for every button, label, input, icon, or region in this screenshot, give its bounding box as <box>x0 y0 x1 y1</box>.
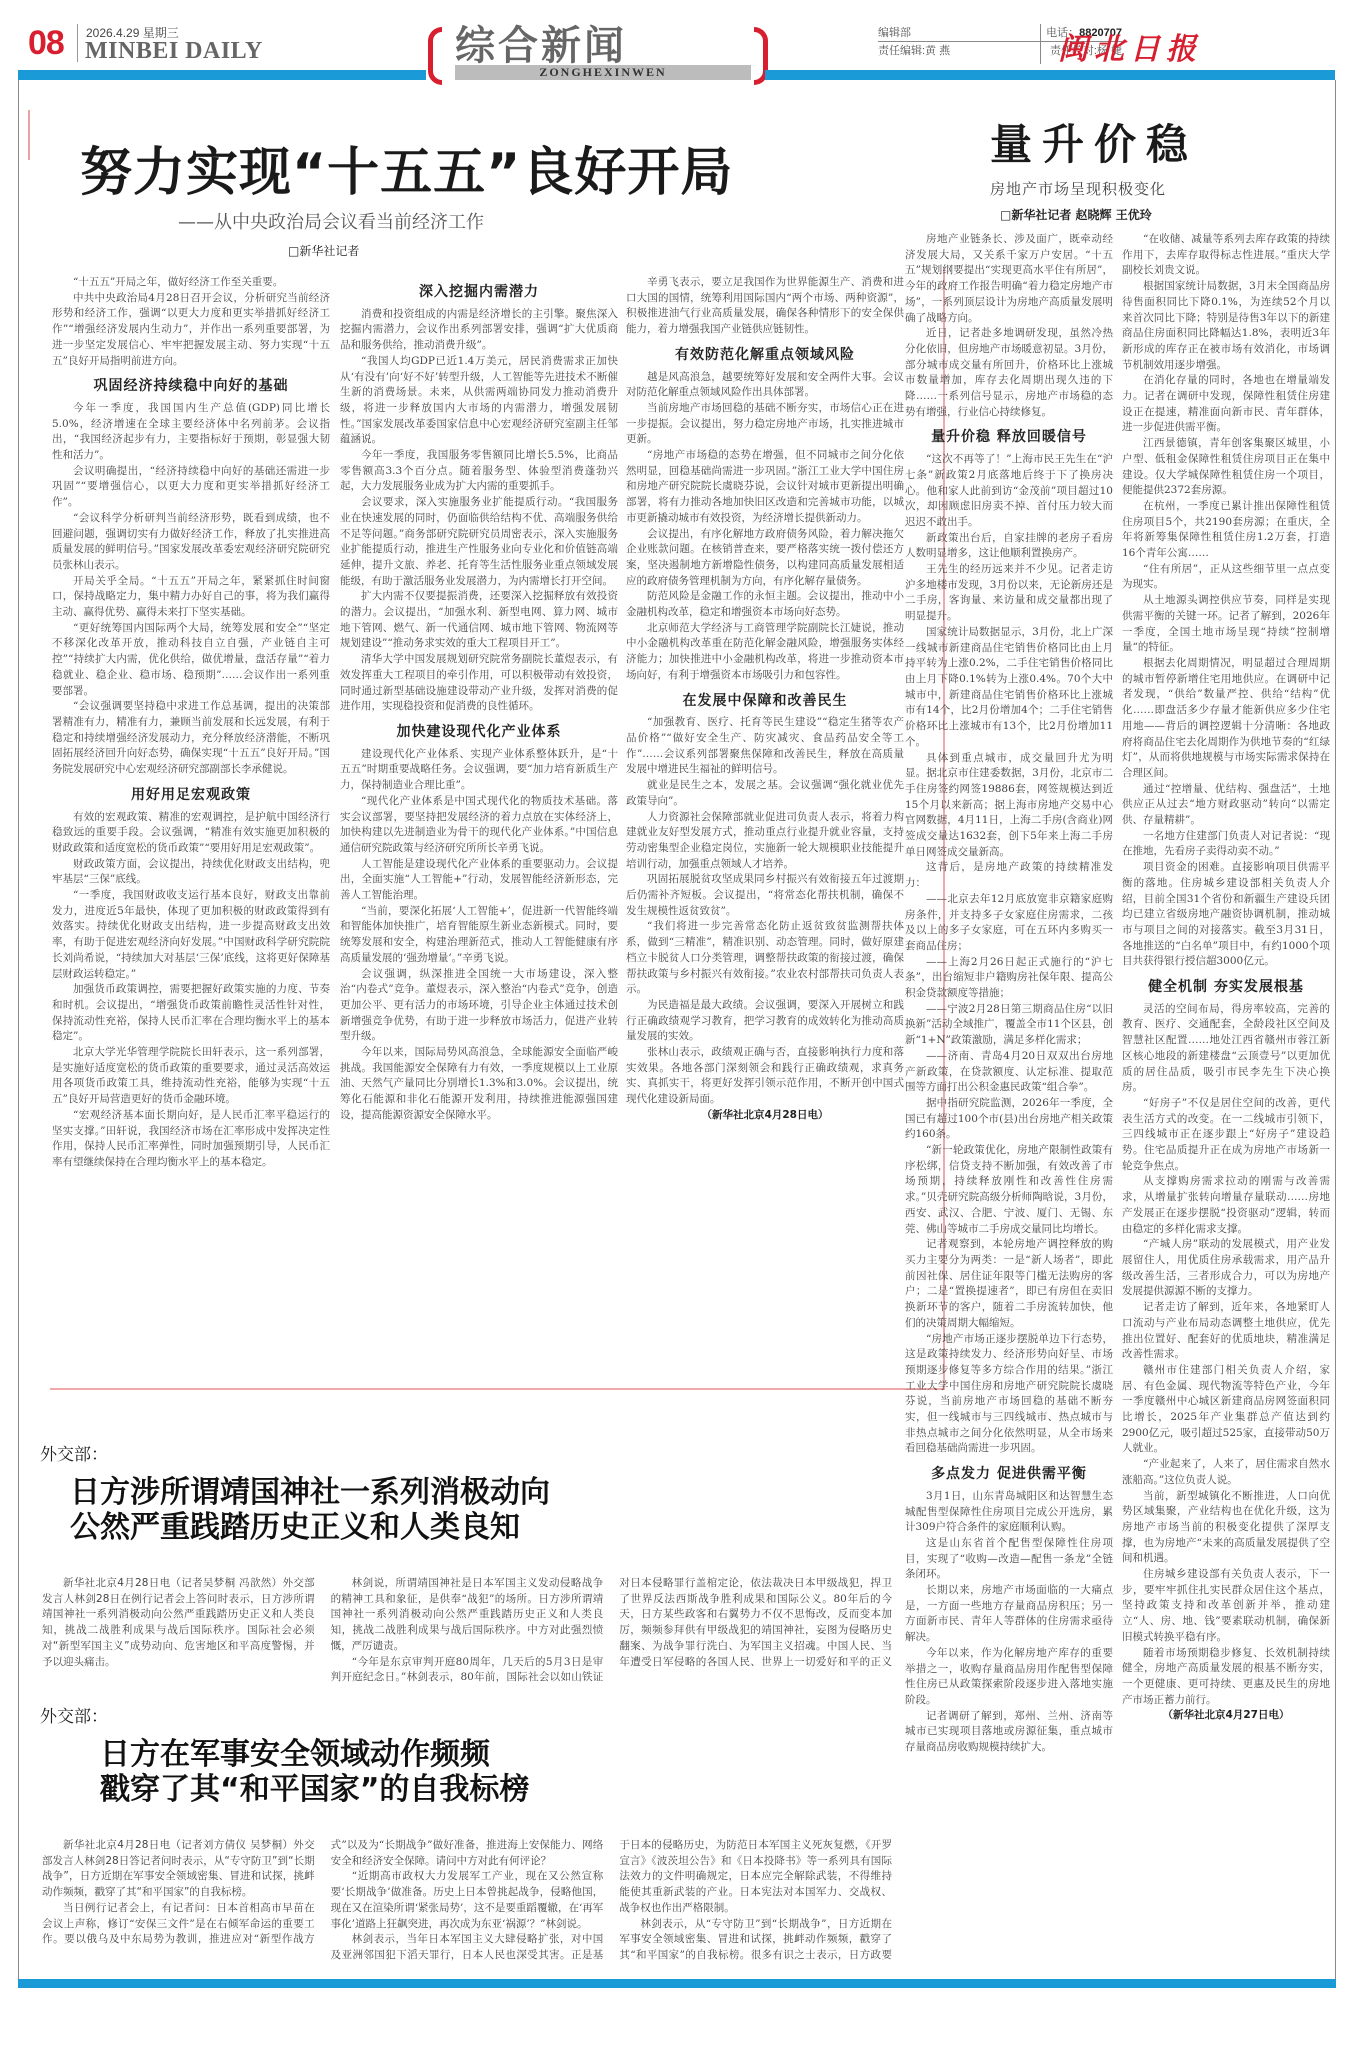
paragraph: 会议强调，纵深推进全国统一大市场建设，深入整治“内卷式”竞争。董煜表示，深入整治… <box>340 967 618 1046</box>
paragraph: 张林山表示，政绩观正确与否，直接影响执行力度和落实效果。各地各部门深刻领会和践行… <box>626 1045 904 1108</box>
paragraph: “十五五”开局之年，做好经济工作至关重要。 <box>52 275 330 291</box>
paragraph: 当前，新型城镇化不断推进，人口向优势区域集聚，产业结构也在优化升级，这为房地产市… <box>1122 1489 1330 1568</box>
headline-line: 戳穿了其“和平国家”的自我标榜 <box>100 1773 529 1808</box>
lead-column-1: “十五五”开局之年，做好经济工作至关重要。 中共中央政治局4月28日召开会议，分… <box>52 275 330 1385</box>
paragraph: 中共中央政治局4月28日召开会议，分析研究当前经济形势和经济工作，强调“以更大力… <box>52 291 330 370</box>
paragraph: 这是山东省首个配售型保障性住房项目，实现了“收购—改造—配售一条龙”全链条闭环。 <box>905 1536 1113 1583</box>
paragraph: 从支撑购房需求拉动的刚需与改善需求，从增量扩张转向增量存量联动……房地产发展正在… <box>1122 1174 1330 1237</box>
section-title-en: ZONGHEXINWEN <box>455 65 751 80</box>
section-heading: 多点发力 促进供需平衡 <box>905 1467 1113 1483</box>
paragraph: 王先生的经历远来并不少见。记者走访沪多地楼市发现，3月份以来，无论新房还是二手房… <box>905 562 1113 625</box>
headline-line: 公然严重践踏历史正义和人类良知 <box>70 1511 550 1546</box>
paragraph: “会议强调要坚持稳中求进工作总基调，提出的决策部署精准有力，精准有力，兼顾当前发… <box>52 699 330 778</box>
paragraph: 通过“控增量、优结构、强盘活”，土地供应正从过去“地方财政驱动”转向“以需定供、… <box>1122 782 1330 829</box>
yasukuni-kicker: 外交部： <box>40 1440 108 1465</box>
paragraph: 在杭州，一季度已累计推出保障性租赁住房项目5个，共2190套房源；在重庆，全年将… <box>1122 499 1330 562</box>
headline-line: 日方涉所谓靖国神社一系列消极动向 <box>70 1476 550 1511</box>
paragraph: 财政政策方面，会议提出，持续优化财政支出结构，兜牢基层“三保”底线。 <box>52 857 330 888</box>
paragraph: 赣州市住建部门相关负责人介绍，家居、有色金属、现代物流等特色产业，今年一季度赣州… <box>1122 1363 1330 1457</box>
masthead-bar-left <box>18 70 426 80</box>
paragraph: “房地产市场正逐步摆脱单边下行态势，这是政策持续发力、经济形势向好呈、市场预期逐… <box>905 1332 1113 1458</box>
lead-column-2: 深入挖掘内需潜力 消费和投资组成的内需是经济增长的主引擎。聚焦深入挖掘内需潜力，… <box>340 275 618 1385</box>
paragraph: 防范风险是金融工作的永恒主题。会议提出，推动中小金融机构改革，稳定和增强资本市场… <box>626 589 904 620</box>
headline-line: 日方在军事安全领域动作频频 <box>100 1738 529 1773</box>
paragraph: “加强教育、医疗、托育等民生建设”“稳定生猪等农产品价格”“做好安全生产、防灾减… <box>626 715 904 778</box>
paragraph: ——北京去年12月底放宽非京籍家庭购房条件，并支持多子女家庭住房需求，二孩及以上… <box>905 892 1113 955</box>
paragraph: “我国人均GDP已近1.4万美元，居民消费需求正加快从‘有没有’向‘好不好’转型… <box>340 354 618 448</box>
paragraph: 会议提出，有序化解地方政府债务风险，着力解决拖欠企业账款问题。在核销普查来，要严… <box>626 527 904 590</box>
section-heading: 健全机制 夯实发展根基 <box>1122 980 1330 996</box>
paragraph: 巩固拓展脱贫攻坚成果同乡村振兴有效衔接五年过渡期后仍需补齐短板。会议提出，“将常… <box>626 872 904 919</box>
paragraph: 住房城乡建设部有关负责人表示，下一步，要牢牢抓住扎实民群众居住这个基点，坚持政策… <box>1122 1567 1330 1646</box>
paragraph: 长期以来，房地产市场面临的一大痛点是，一方面一些地方存量商品房积压；另一方面新市… <box>905 1583 1113 1646</box>
paragraph: 会议明确提出，“经济持续稳中向好的基础还需进一步巩固”“要增强信心，以更大力度和… <box>52 464 330 511</box>
paragraph: “会议科学分析研判当前经济形势，既看到成绩，也不回避问题，强调切实有力做好经济工… <box>52 511 330 574</box>
section-title: 综合新闻 <box>455 14 755 71</box>
paragraph: ——宁波2月28日第三期商品住房“以旧换新”活动全域推广，覆盖全市11个区县，创… <box>905 1002 1113 1049</box>
paragraph: “宏观经济基本面长期向好，是人民币汇率平稳运行的坚实支撑。”田轩说，我国经济市场… <box>52 1108 330 1171</box>
section-bracket-left <box>428 27 442 85</box>
paragraph: 根据去化周期情况，明显超过合理周期的城市暂停新增住宅用地供应。在调研中记者发现，… <box>1122 656 1330 782</box>
paragraph: 消费和投资组成的内需是经济增长的主引擎。聚焦深入挖掘内需潜力，会议作出系列部署安… <box>340 307 618 354</box>
section-heading: 加快建设现代化产业体系 <box>340 725 618 741</box>
paragraph: 新华社北京4月28日电（记者刘方倩仪 吴梦桐）外交部发言人林剑28日答记者问时表… <box>42 1838 315 1901</box>
paragraph: 辛勇飞表示，要立足我国作为世界能源生产、消费和进口大国的国情，统筹利用国际国内“… <box>626 275 904 338</box>
masthead-divider <box>77 24 78 62</box>
paragraph: 近日，记者赴多地调研发现，虽然冷热分化依旧，但房地产市场暖意初显。3月份，部分城… <box>905 326 1113 420</box>
paragraph: ——济南、青岛4月20日双双出台房地产新政策，在贷款额度、认定标准、提取范围等方… <box>905 1049 1113 1096</box>
dateline: （新华社北京4月28日电） <box>626 1108 904 1124</box>
paragraph: 新政策出台后，自家挂牌的老房子看房人数明显增多，这让他顺利置换房产。 <box>905 531 1113 562</box>
section-heading: 有效防范化解重点领域风险 <box>626 348 904 364</box>
paragraph: 记者走访了解到，近年来，各地紧盯人口流动与产业布局动态调整土地供应，优先推出位置… <box>1122 1300 1330 1363</box>
paragraph: 从土地源头调控供应节奏，同样是实现供需平衡的关键一环。记者了解到，2026年一季… <box>1122 593 1330 656</box>
paragraph: 会议要求，深入实施服务业扩能提质行动。“我国服务业在快速发展的同时，仍面临供给结… <box>340 495 618 589</box>
paragraph: 扩大内需不仅要提振消费，还要深入挖掘释放有效投资的潜力。会议提出，“加强水利、新… <box>340 589 618 652</box>
property-column-1: 房地产业链条长、涉及面广，既牵动经济发展大局，又关系千家万户安居。“十五五”规划… <box>905 232 1113 1977</box>
paragraph: 加强货币政策调控，需要把握好政策实施的力度、节奏和时机。会议提出，“增强货币政策… <box>52 982 330 1045</box>
paragraph: 随着市场预期稳步修复、长效机制持续健全，房地产高质量发展的根基不断夯实，一个更健… <box>1122 1646 1330 1709</box>
paragraph: “住有所居”，正从这些细节里一点点变为现实。 <box>1122 562 1330 593</box>
property-headline: 量升价稳 <box>990 112 1198 172</box>
military-kicker: 外交部： <box>40 1702 108 1727</box>
paragraph: ——上海2月26日起正式施行的“沪七条”，出台缩短非户籍购房社保年限、提高公积金… <box>905 955 1113 1002</box>
paragraph: 当前房地产市场回稳的基础不断夯实，市场信心正在进一步提振。会议提出，努力稳定房地… <box>626 401 904 448</box>
paragraph: “在收储、减量等系列去库存政策的持续作用下，去库存取得标志性进展。”重庆大学副校… <box>1122 232 1330 279</box>
lead-subhead: ——从中央政治局会议看当前经济工作 <box>178 208 484 234</box>
paragraph: “产业起来了，人来了，居住需求自然水涨船高。”这位负责人说。 <box>1122 1457 1330 1488</box>
dateline: （新华社北京4月27日电） <box>1122 1708 1330 1724</box>
paragraph: 林剑说，所谓靖国神社是日本军国主义发动侵略战争的精神工具和象征，是供奉“战犯”的… <box>331 1576 604 1655</box>
paragraph: 今年以来，作为化解房地产库存的重要举措之一，收购存量商品房用作配售型保障性住房已… <box>905 1646 1113 1709</box>
paragraph: “近期高市政权大力发展军工产业，现在又公然宣称要‘长期战争’做准备。历史上日本曾… <box>331 1869 604 1932</box>
newspaper-logo: 闽北日报 <box>1058 24 1202 68</box>
paragraph: 在消化存量的同时，各地也在增量端发力。记者在调研中发现，保障性租赁住房建设正在提… <box>1122 373 1330 436</box>
masthead: 08 2026.4.29 星期三 MINBEI DAILY 综合新闻 ZONGH… <box>0 0 1349 80</box>
paragraph: “一季度，我国财政收支运行基本良好，财政支出靠前发力，进度近5年最快，体现了更加… <box>52 888 330 982</box>
paragraph: 房地产业链条长、涉及面广，既牵动经济发展大局，又关系千家万户安居。“十五五”规划… <box>905 232 1113 326</box>
paragraph: 人工智能是建设现代化产业体系的重要驱动力。会议提出，全面实施“人工智能+”行动，… <box>340 857 618 904</box>
footer-bar <box>18 1979 1336 1988</box>
paragraph: 今年一季度，我国服务零售额同比增长5.5%，比商品零售额高3.3个百分点。随着服… <box>340 448 618 495</box>
paragraph: 据中指研究院监测，2026年一季度，全国已有超过100个市(县)出台房地产相关政… <box>905 1096 1113 1143</box>
paragraph: 国家统计局数据显示，3月份，北上广深一线城市新建商品住宅销售价格同比由上月持平转… <box>905 625 1113 751</box>
paragraph: 记者调研了解到，郑州、兰州、济南等城市已实现项目落地或房源征集，重点城市存量商品… <box>905 1709 1113 1756</box>
editorial-dept: 编辑部 <box>878 24 911 41</box>
paragraph: “房地产市场稳的态势在增强，但不同城市之间分化依然明显，回稳基础尚需进一步巩固。… <box>626 448 904 527</box>
masthead-bar-right <box>765 70 1335 80</box>
paper-name-en: MINBEI DAILY <box>85 38 263 65</box>
paragraph: “新一轮政策优化，房地产限制性政策有序松绑，信贷支持不断加强，有效改善了市场预期… <box>905 1143 1113 1237</box>
military-headline: 日方在军事安全领域动作频频 戳穿了其“和平国家”的自我标榜 <box>100 1738 529 1807</box>
military-body: 新华社北京4月28日电（记者刘方倩仪 吴梦桐）外交部发言人林剑28日答记者问时表… <box>42 1838 892 1974</box>
paragraph: 北京师范大学经济与工商管理学院副院长江婕说，推动中小金融机构改革重在防范化解金融… <box>626 621 904 684</box>
paragraph: 3月1日，山东青岛城阳区和达智慧生态城配售型保障性住房项目完成公开选房，累计30… <box>905 1489 1113 1536</box>
section-heading: 深入挖掘内需潜力 <box>340 285 618 301</box>
paragraph: 越是风高浪急，越要统筹好发展和安全两件大事。会议对防范化解重点领域风险作出具体部… <box>626 370 904 401</box>
paragraph: 有效的宏观政策、精准的宏观调控，是护航中国经济行稳致远的重要手段。会议强调，“精… <box>52 810 330 857</box>
paragraph: “好房子”不仅是居住空间的改善，更代表生活方式的改变。在一二线城市引领下，三四线… <box>1122 1096 1330 1175</box>
paragraph: “更好统筹国内国际两个大局，统筹发展和安全”“坚定不移深化改革开放，推动科技自立… <box>52 621 330 700</box>
paragraph: 今年一季度，我国国内生产总值(GDP)同比增长5.0%，经济增速在全球主要经济体… <box>52 401 330 464</box>
page-number: 08 <box>28 24 64 63</box>
paragraph: 今年以来，国际局势风高浪急，全球能源安全面临严峻挑战。我国能源安全保障有力有效，… <box>340 1045 618 1124</box>
paragraph: 开局关乎全局。“十五五”开局之年，紧紧抓住时间窗口，保持战略定力，集中精力办好自… <box>52 574 330 621</box>
responsible-editor: 责任编辑:黄 燕 <box>878 42 950 60</box>
paragraph: 江西景德镇，青年创客集聚区城里，小户型、低租金保障性租赁住房项目正在集中建设。仅… <box>1122 436 1330 499</box>
lead-column-3: 辛勇飞表示，要立足我国作为世界能源生产、消费和进口大国的国情，统筹利用国际国内“… <box>626 275 904 1385</box>
section-heading: 巩固经济持续稳中向好的基础 <box>52 379 330 395</box>
yasukuni-headline: 日方涉所谓靖国神社一系列消极动向 公然严重践踏历史正义和人类良知 <box>70 1476 550 1545</box>
paragraph: 就业是民生之本，发展之基。会议强调“强化就业优先政策导向”。 <box>626 778 904 809</box>
paragraph: “这次不再等了！”上海市民王先生在“沪七条”新政策2月底落地后终于下了换房决心。… <box>905 452 1113 531</box>
paragraph: 根据国家统计局数据，3月末全国商品房待售面积同比下降0.1%，为连续52个月以来… <box>1122 279 1330 373</box>
property-byline: □新华社记者 赵晓辉 王优玲 <box>1000 206 1152 223</box>
section-heading: 量升价稳 释放回暖信号 <box>905 430 1113 446</box>
lead-byline: □新华社记者 <box>288 242 359 259</box>
paragraph: 北京大学光华管理学院院长田轩表示，这一系列部署，是实施好适度宽松的货币政策的重要… <box>52 1045 330 1108</box>
paragraph: 项目资金的困难。直接影响项目供需平衡的落地。住房城乡建设部相关负责人介绍，目前全… <box>1122 860 1330 970</box>
paragraph: 记者观察到，本轮房地产调控释放的购买力主要分为两类：一是“新人场者”，即此前因社… <box>905 1237 1113 1331</box>
paragraph: “我们将进一步完善常态化防止返贫致贫监测帮扶体系，做到“三精准”，精准识别、动态… <box>626 919 904 998</box>
paragraph: 灵活的空间布局，得房率较高，完善的教育、医疗、交通配套，全龄段社区空间及智慧社区… <box>1122 1002 1330 1096</box>
paragraph: “当前，要深化拓展‘人工智能+’，促进新一代智能终端和智能体加快推广，培育智能原… <box>340 904 618 967</box>
paragraph: 建设现代化产业体系、实现产业体系整体跃升，是“十五五”时期重要战略任务。会议强调… <box>340 747 618 794</box>
paragraph: “现代化产业体系是中国式现代化的物质技术基础。落实会议部署，要坚持把发展经济的着… <box>340 794 618 857</box>
paragraph: 这背后，是房地产政策的持续精准发力： <box>905 860 1113 891</box>
paragraph: 清华大学中国发展规划研究院常务副院长董煜表示，有效发挥重大工程项目的牵引作用，可… <box>340 652 618 715</box>
paragraph: 具体到重点城市，成交量回升尤为明显。据北京市住建委数据，3月份，北京市二手住房签… <box>905 751 1113 861</box>
property-column-2: “在收储、减量等系列去库存政策的持续作用下，去库存取得标志性进展。”重庆大学副校… <box>1122 232 1330 1977</box>
accent-mark <box>28 110 30 160</box>
masthead-divider-right <box>1040 24 1041 64</box>
paragraph: 人力资源社会保障部就业促进司负责人表示，将着力构建就业友好型发展方式，推动重点行… <box>626 810 904 873</box>
paragraph: 新华社北京4月28日电（记者吴梦桐 冯歆然）外交部发言人林剑28日在例行记者会上… <box>42 1576 315 1670</box>
section-heading: 用好用足宏观政策 <box>52 788 330 804</box>
paragraph: 为民造福是最大政绩。会议强调，要深入开展树立和践行正确政绩观学习教育，把学习教育… <box>626 998 904 1045</box>
paragraph: 一名地方住建部门负责人对记者说：“现在推地，先看房子卖得动卖不动。” <box>1122 829 1330 860</box>
section-heading: 在发展中保障和改善民生 <box>626 694 904 710</box>
yasukuni-body: 新华社北京4月28日电（记者吴梦桐 冯歆然）外交部发言人林剑28日在例行记者会上… <box>42 1576 892 1686</box>
lead-headline: 努力实现“十五五”良好开局 <box>80 130 733 205</box>
property-subhead: 房地产市场呈现积极变化 <box>990 178 1166 199</box>
paragraph: “产城人房”联动的发展模式，用产业发展留住人，用优质住房承载需求，用产品升级改善… <box>1122 1237 1330 1300</box>
